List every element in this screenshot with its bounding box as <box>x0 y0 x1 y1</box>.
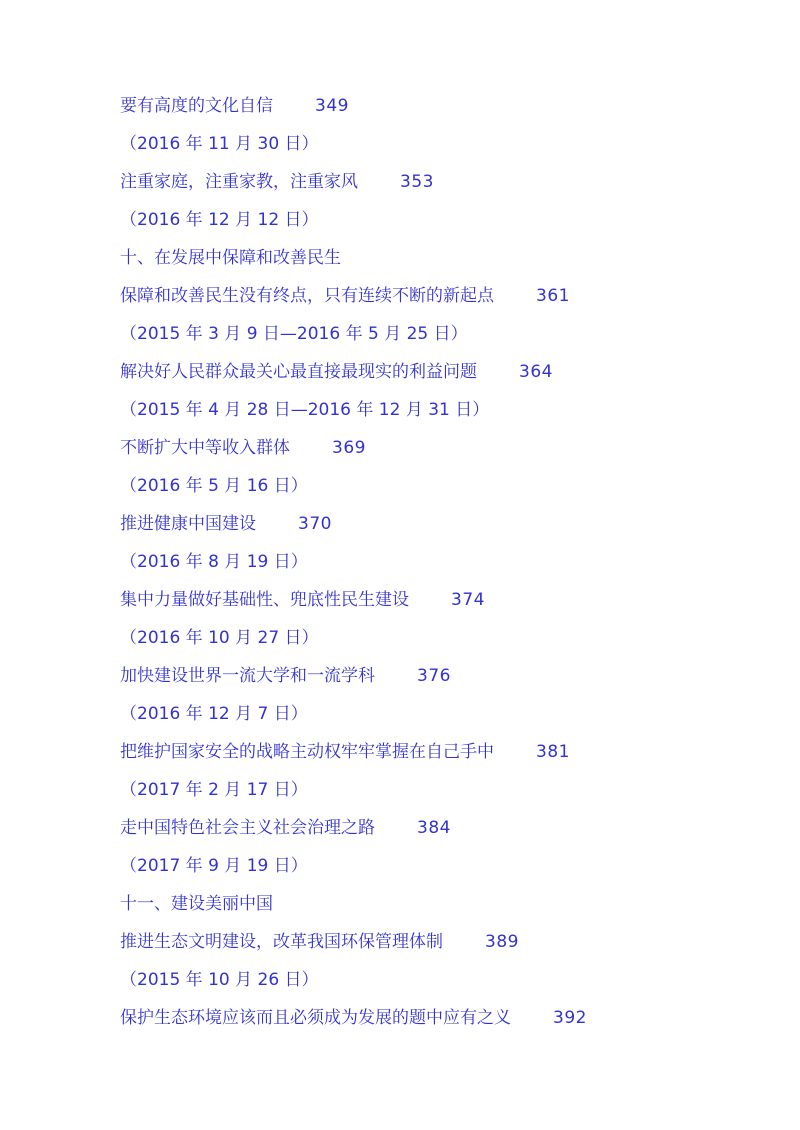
toc-entry-page-number: 349 <box>315 96 349 116</box>
toc-list: 要有高度的文化自信349（2016 年 11 月 30 日）注重家庭，注重家教，… <box>120 87 760 1037</box>
toc-entry-date: （2016 年 8 月 19 日） <box>120 543 760 581</box>
toc-entry-date: （2015 年 3 月 9 日—2016 年 5 月 25 日） <box>120 315 760 353</box>
toc-entry-title: 保障和改善民生没有终点，只有连续不断的新起点 <box>120 286 494 306</box>
document-page: 要有高度的文化自信349（2016 年 11 月 30 日）注重家庭，注重家教，… <box>0 0 800 1130</box>
toc-entry: 不断扩大中等收入群体369 <box>120 429 760 467</box>
toc-entry-title: 把维护国家安全的战略主动权牢牢掌握在自己手中 <box>120 742 494 762</box>
toc-section-heading: 十、在发展中保障和改善民生 <box>120 239 760 277</box>
toc-entry-page-number: 376 <box>417 666 451 686</box>
toc-entry-title: 注重家庭，注重家教，注重家风 <box>120 172 358 192</box>
toc-entry: 走中国特色社会主义社会治理之路384 <box>120 809 760 847</box>
toc-entry-date: （2015 年 10 月 26 日） <box>120 961 760 999</box>
toc-entry: 注重家庭，注重家教，注重家风353 <box>120 163 760 201</box>
toc-entry-page-number: 384 <box>417 818 451 838</box>
toc-entry: 加快建设世界一流大学和一流学科376 <box>120 657 760 695</box>
toc-entry-date: （2017 年 2 月 17 日） <box>120 771 760 809</box>
toc-entry-title: 加快建设世界一流大学和一流学科 <box>120 666 375 686</box>
toc-entry-page-number: 361 <box>536 286 570 306</box>
toc-entry: 保障和改善民生没有终点，只有连续不断的新起点361 <box>120 277 760 315</box>
toc-entry: 要有高度的文化自信349 <box>120 87 760 125</box>
toc-entry-page-number: 374 <box>451 590 485 610</box>
toc-entry-title: 不断扩大中等收入群体 <box>120 438 290 458</box>
toc-entry-title: 集中力量做好基础性、兜底性民生建设 <box>120 590 409 610</box>
toc-entry-page-number: 369 <box>332 438 366 458</box>
toc-entry: 把维护国家安全的战略主动权牢牢掌握在自己手中381 <box>120 733 760 771</box>
toc-entry-title: 保护生态环境应该而且必须成为发展的题中应有之义 <box>120 1008 511 1028</box>
toc-entry: 推进生态文明建设，改革我国环保管理体制389 <box>120 923 760 961</box>
toc-entry-date: （2016 年 12 月 7 日） <box>120 695 760 733</box>
toc-entry: 推进健康中国建设370 <box>120 505 760 543</box>
toc-entry-page-number: 370 <box>298 514 332 534</box>
toc-section-heading: 十一、建设美丽中国 <box>120 885 760 923</box>
toc-entry-page-number: 381 <box>536 742 570 762</box>
toc-entry-date: （2016 年 10 月 27 日） <box>120 619 760 657</box>
toc-entry-title: 推进生态文明建设，改革我国环保管理体制 <box>120 932 443 952</box>
toc-entry-page-number: 364 <box>519 362 553 382</box>
toc-entry-date: （2016 年 11 月 30 日） <box>120 125 760 163</box>
toc-entry-page-number: 389 <box>485 932 519 952</box>
toc-entry-date: （2016 年 5 月 16 日） <box>120 467 760 505</box>
toc-entry-date: （2015 年 4 月 28 日—2016 年 12 月 31 日） <box>120 391 760 429</box>
toc-entry-page-number: 392 <box>553 1008 587 1028</box>
toc-entry: 解决好人民群众最关心最直接最现实的利益问题364 <box>120 353 760 391</box>
toc-entry-title: 推进健康中国建设 <box>120 514 256 534</box>
toc-entry-page-number: 353 <box>400 172 434 192</box>
toc-entry: 集中力量做好基础性、兜底性民生建设374 <box>120 581 760 619</box>
toc-entry: 保护生态环境应该而且必须成为发展的题中应有之义392 <box>120 999 760 1037</box>
toc-entry-date: （2017 年 9 月 19 日） <box>120 847 760 885</box>
toc-entry-title: 走中国特色社会主义社会治理之路 <box>120 818 375 838</box>
toc-entry-date: （2016 年 12 月 12 日） <box>120 201 760 239</box>
toc-entry-title: 解决好人民群众最关心最直接最现实的利益问题 <box>120 362 477 382</box>
toc-entry-title: 要有高度的文化自信 <box>120 96 273 116</box>
